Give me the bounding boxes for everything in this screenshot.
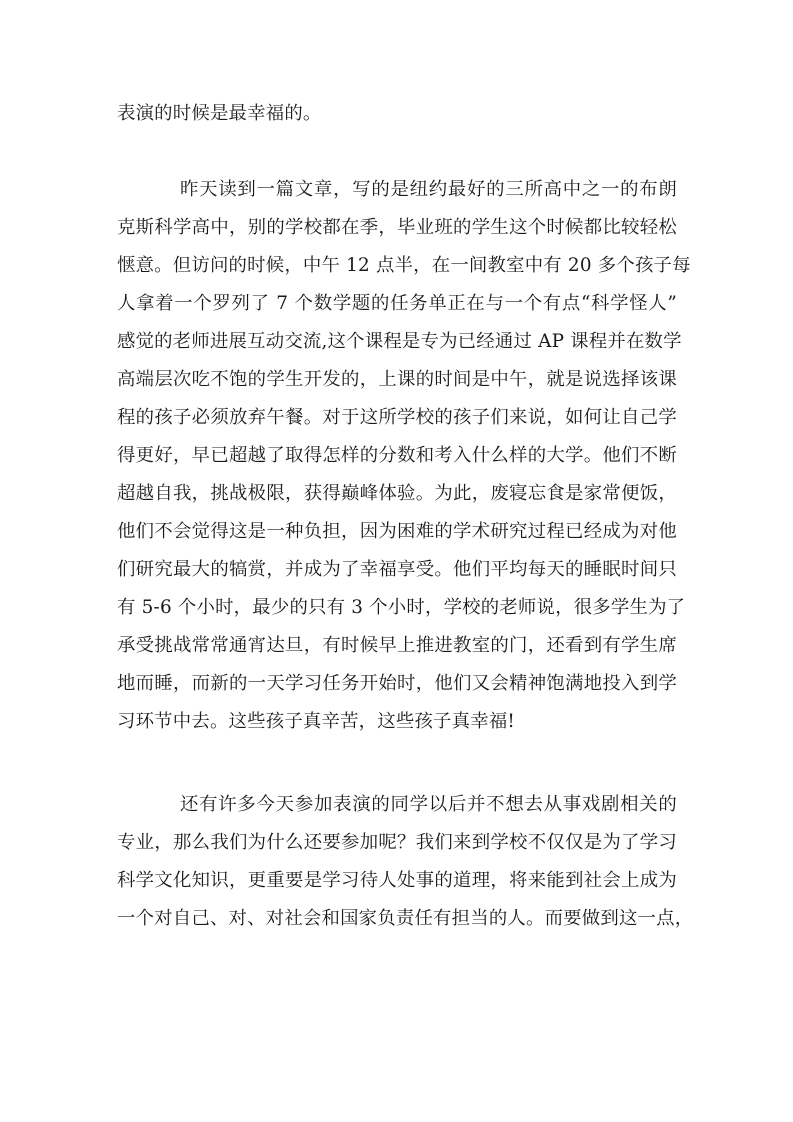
paragraph-line: 超越自我，挑战极限，获得巅峰体验。为此，废寝忘食是家常便饭， (117, 475, 677, 513)
document-page: 表演的时候是最幸福的。 昨天读到一篇文章，写的是纽约最好的三所高中之一的布朗 克… (0, 0, 793, 1122)
paragraph-line: 一个对自己、对、对社会和国家负责任有担当的人。而要做到这一点， (117, 900, 677, 938)
paragraph-3: 还有许多今天参加表演的同学以后并不想去从事戏剧相关的 专业，那么我们为什么还要参… (117, 786, 677, 938)
paragraph-line: 得更好，早已超越了取得怎样的分数和考入什么样的大学。他们不断 (117, 437, 677, 475)
paragraph-spacer (117, 741, 677, 786)
paragraph-line: 他们不会觉得这是一种负担，因为困难的学术研究过程已经成为对他 (117, 513, 677, 551)
paragraph-line: 专业，那么我们为什么还要参加呢？我们来到学校不仅仅是为了学习 (117, 824, 677, 862)
paragraph-line: 有 5-6 个小时，最少的只有 3 个小时，学校的老师说，很多学生为了 (117, 589, 677, 627)
paragraph-first-line: 昨天读到一篇文章，写的是纽约最好的三所高中之一的布朗 (117, 171, 677, 209)
paragraph-line: 科学文化知识，更重要是学习待人处事的道理，将来能到社会上成为 (117, 862, 677, 900)
paragraph-first-line: 还有许多今天参加表演的同学以后并不想去从事戏剧相关的 (117, 786, 677, 824)
paragraph-line: 克斯科学高中，别的学校都在季，毕业班的学生这个时候都比较轻松 (117, 209, 677, 247)
paragraph-1: 表演的时候是最幸福的。 (117, 95, 677, 133)
paragraph-line: 们研究最大的犒赏，并成为了幸福享受。他们平均每天的睡眠时间只 (117, 551, 677, 589)
paragraph-last-line: 习环节中去。这些孩子真辛苦，这些孩子真幸福! (117, 703, 677, 741)
document-body: 表演的时候是最幸福的。 昨天读到一篇文章，写的是纽约最好的三所高中之一的布朗 克… (117, 95, 677, 938)
paragraph-line: 感觉的老师进展互动交流,这个课程是专为已经通过 AP 课程并在数学 (117, 323, 677, 361)
paragraph-line: 人拿着一个罗列了 7 个数学题的任务单正在与一个有点“科学怪人” (117, 285, 677, 323)
paragraph-2: 昨天读到一篇文章，写的是纽约最好的三所高中之一的布朗 克斯科学高中，别的学校都在… (117, 171, 677, 741)
paragraph-line: 高端层次吃不饱的学生开发的，上课的时间是中午，就是说选择该课 (117, 361, 677, 399)
paragraph-spacer (117, 133, 677, 171)
paragraph-line: 惬意。但访问的时候，中午 12 点半，在一间教室中有 20 多个孩子每 (117, 247, 677, 285)
paragraph-line: 地而睡，而新的一天学习任务开始时，他们又会精神饱满地投入到学 (117, 665, 677, 703)
paragraph-line: 表演的时候是最幸福的。 (117, 95, 677, 133)
paragraph-line: 承受挑战常常通宵达旦，有时候早上推进教室的门，还看到有学生席 (117, 627, 677, 665)
paragraph-line: 程的孩子必须放弃午餐。对于这所学校的孩子们来说，如何让自己学 (117, 399, 677, 437)
